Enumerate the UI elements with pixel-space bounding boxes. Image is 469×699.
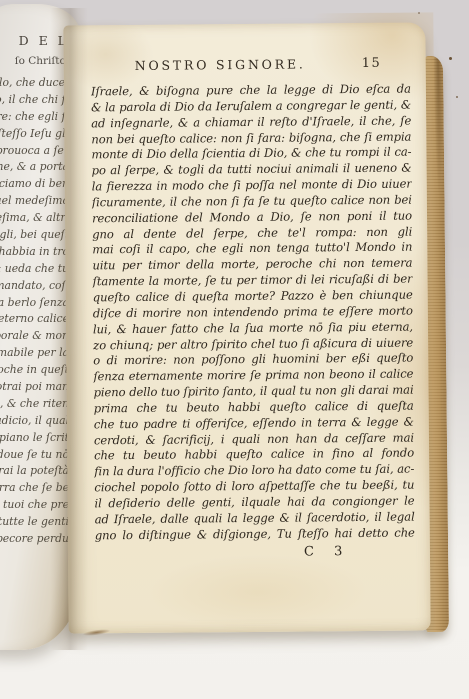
text-line: gno lo diſtingue & diſgionge, Tu ſteſſo … xyxy=(95,525,415,544)
verso-text-line: che ci prouoca a ſer xyxy=(0,143,69,160)
running-title: NOSTRO SIGNORE. xyxy=(135,56,306,72)
dust-speck xyxy=(418,12,420,14)
verso-text-line: dempiano le ſcrit xyxy=(0,430,69,447)
book-photo: D E L ſo Chriſto. ſſe quello, che duceſn… xyxy=(0,0,469,699)
verso-text-line: in terra che ſe be xyxy=(0,480,69,497)
verso-text-line: ſu quel medeſimo xyxy=(0,193,69,210)
recto-page: NOSTRO SIGNORE. 15 Iſraele, & biſogna pu… xyxy=(63,22,430,633)
verso-text-line: oſſa berlo ſenza xyxy=(0,295,69,312)
verso-text-line: glierai la poteſtà xyxy=(0,463,69,480)
verso-text-line: ſſe quello, che duceſ xyxy=(0,75,69,92)
verso-running-title: D E L xyxy=(0,34,69,48)
verso-text-line: edeſima, & altri xyxy=(0,210,69,227)
verso-text-line: porale & mon xyxy=(0,328,69,345)
page-number: 15 xyxy=(362,56,382,71)
paper-stain xyxy=(148,553,369,631)
verso-text-line: a comandato, coſi xyxy=(0,278,69,295)
verso-text-line: ere bone, & a porta xyxy=(0,159,69,176)
verso-text-line: o mi pare: che egli ſi xyxy=(0,109,69,126)
verso-text-column: D E L ſo Chriſto. ſſe quello, che duceſn… xyxy=(0,34,69,548)
verso-text-line: di eterno calice xyxy=(0,311,69,328)
verso-text-line: a, & ueda che tu xyxy=(0,261,69,278)
verso-text-line: egli ſteſſo Ieſu gli xyxy=(0,126,69,143)
verso-text-line: , et facciamo di ben xyxy=(0,176,69,193)
dust-speck xyxy=(456,96,458,98)
signature-mark: C 3 xyxy=(304,544,343,559)
verso-text-line: ttere a tuoi che pre xyxy=(0,497,69,514)
dust-speck xyxy=(449,57,452,60)
verso-text-line: endogli, bei queſt xyxy=(0,227,69,244)
verso-text-line: peroche in queſt xyxy=(0,362,69,379)
verso-text-line: a tutte le genti xyxy=(0,514,69,531)
verso-text-line: ore: doue ſe tu nō xyxy=(0,447,69,464)
verso-text-line: re, & che riten xyxy=(0,396,69,413)
main-text-block: Iſraele, & biſogna pure che la legge di … xyxy=(91,82,415,544)
verso-text-line: & amabile per la xyxy=(0,345,69,362)
verso-text-line: potrai poi man xyxy=(0,379,69,396)
paper-stain xyxy=(57,17,154,92)
verso-line-fragments: ſſe quello, che duceſnoſtro, il che chi … xyxy=(0,75,69,548)
verso-text-line: ndo habbia in tro xyxy=(0,244,69,261)
page-header: NOSTRO SIGNORE. 15 xyxy=(91,56,411,79)
verso-text-line: noſtro, il che chi ſi xyxy=(0,92,69,109)
verso-text-line: alle pecore perdu xyxy=(0,531,69,548)
verso-running-title-line2: ſo Chriſto. xyxy=(0,55,69,68)
verso-text-line: giudicio, il qual xyxy=(0,413,69,430)
